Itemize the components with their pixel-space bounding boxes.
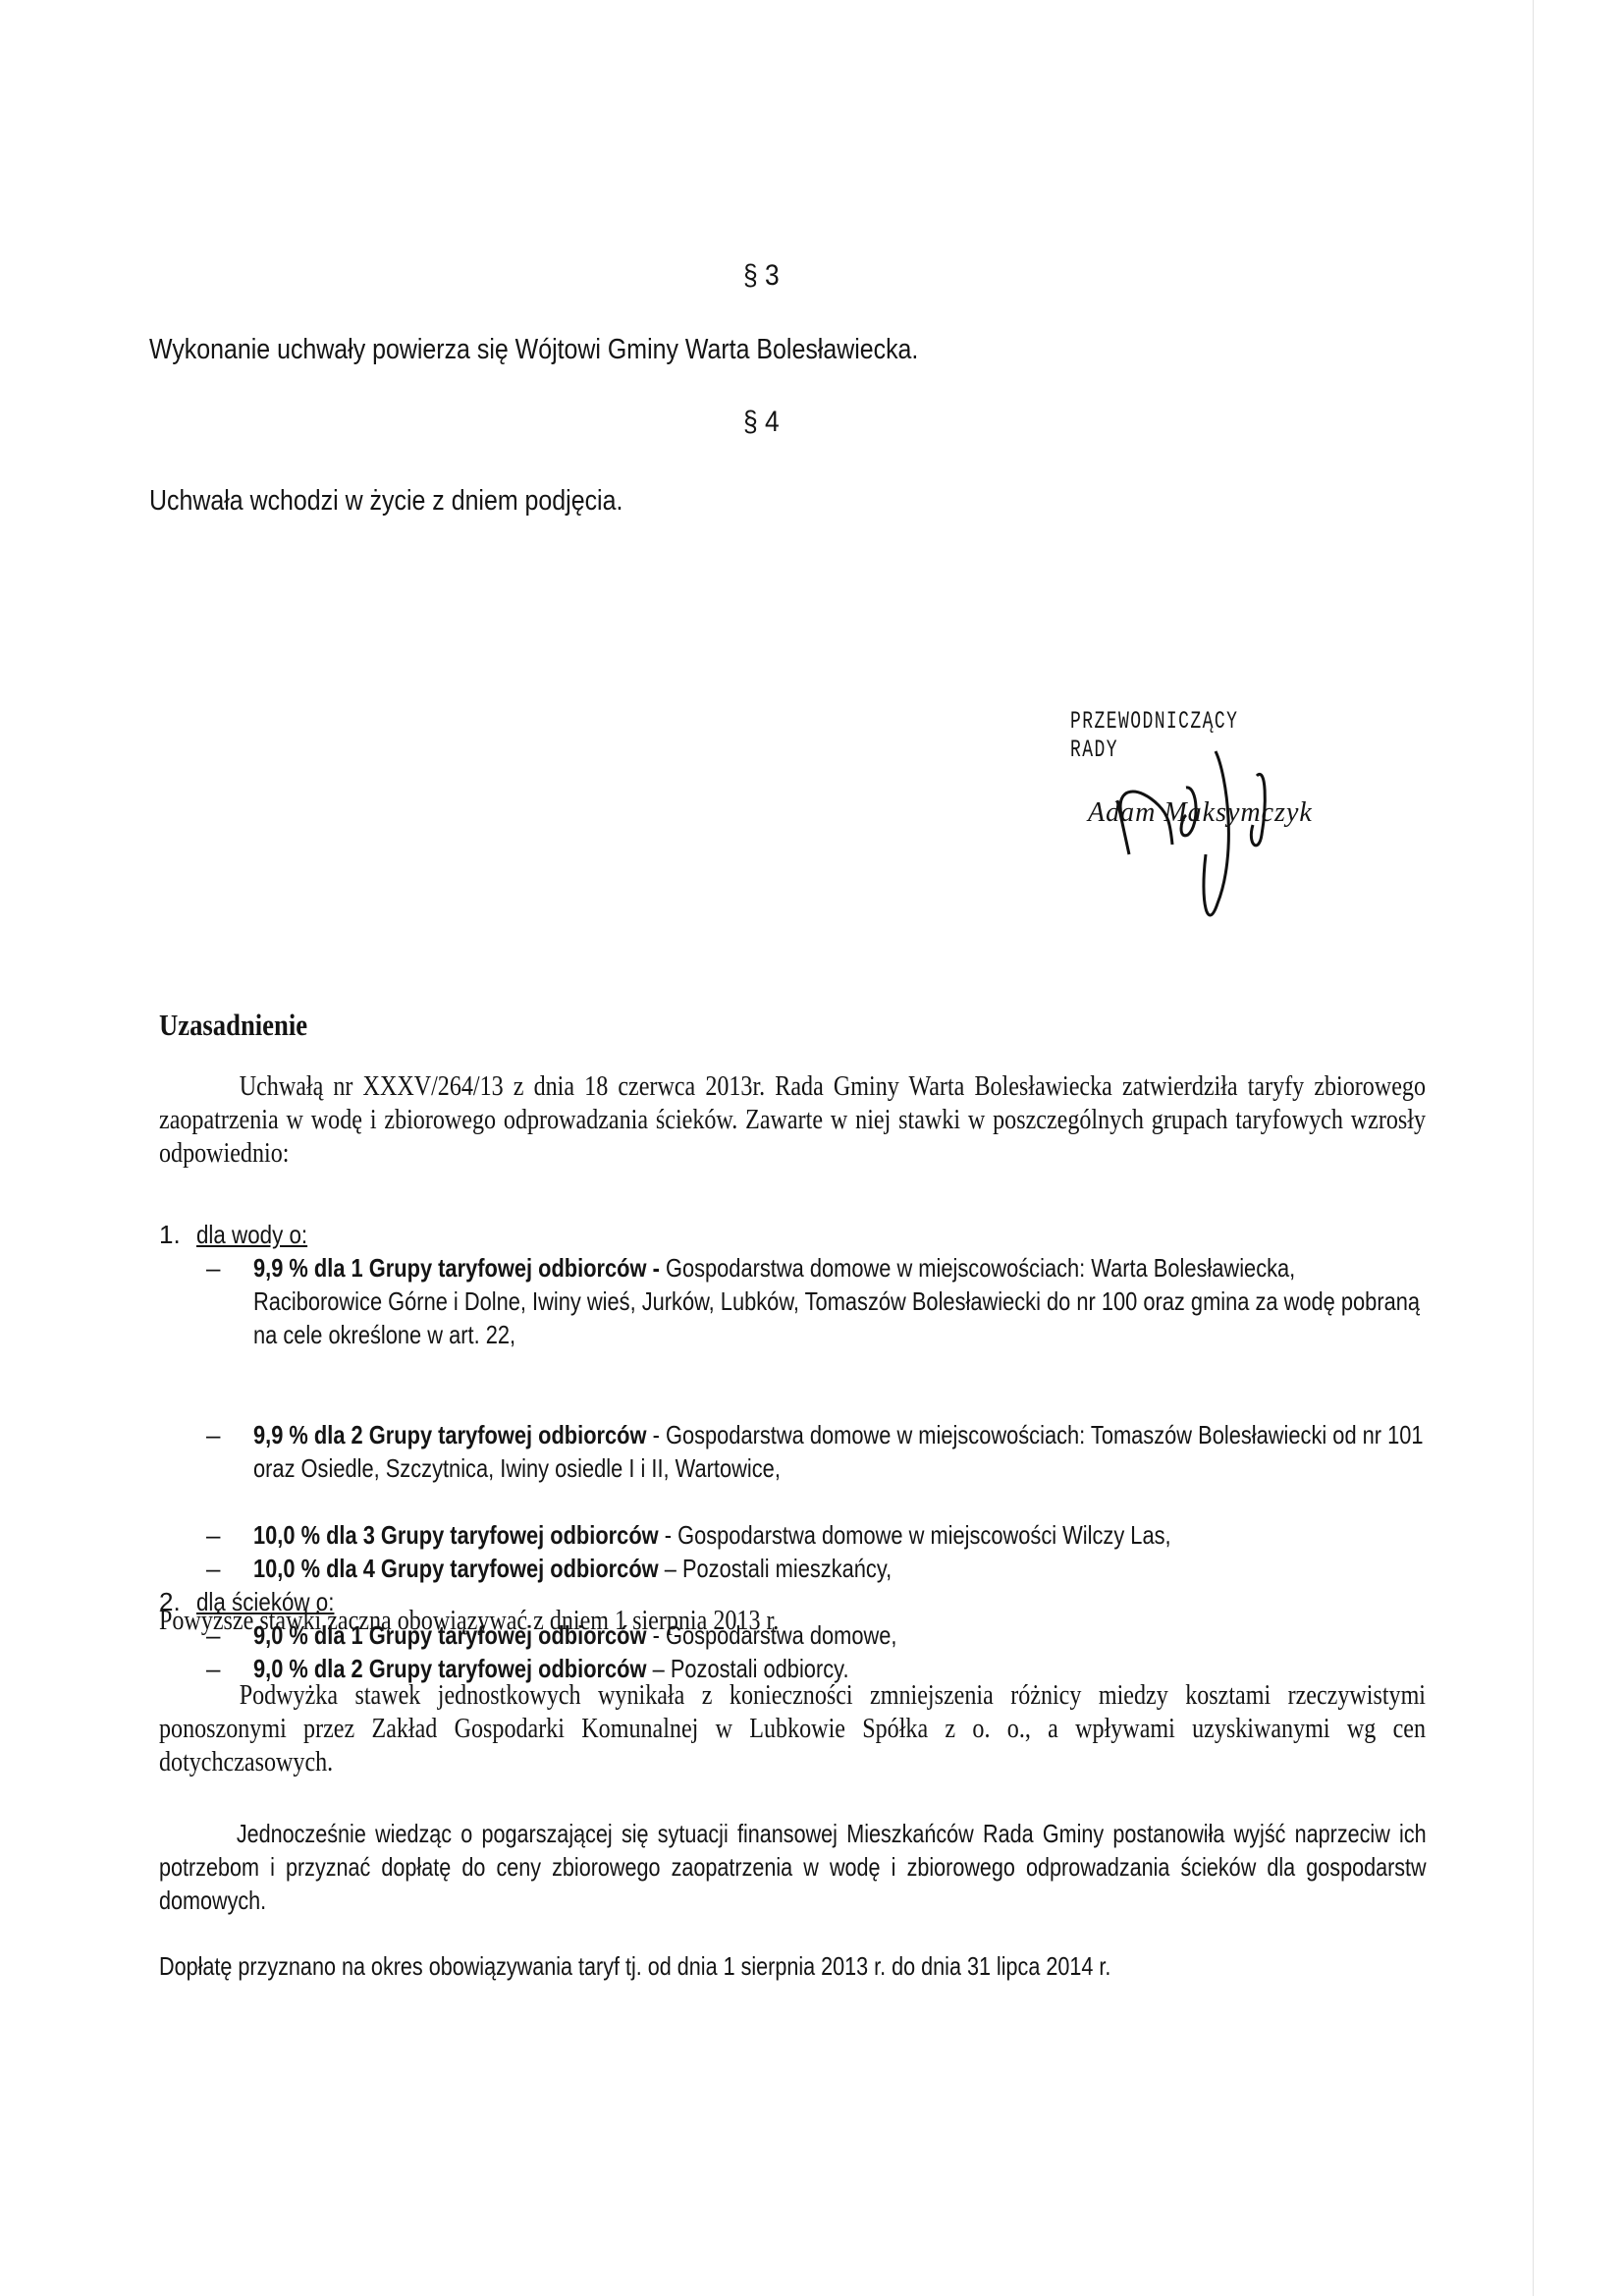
list-item: – 10,0 % dla 4 Grupy taryfowej odbiorców… (159, 1552, 1426, 1585)
list-dash: – (206, 1518, 220, 1552)
list-item: – 9,9 % dla 2 Grupy taryfowej odbiorców … (159, 1418, 1426, 1485)
list-item: – 9,9 % dla 1 Grupy taryfowej odbiorców … (159, 1251, 1426, 1351)
document-page: § 3 Wykonanie uchwały powierza się Wójto… (0, 0, 1623, 2296)
section-4-text: Uchwała wchodzi w życie z dniem podjęcia… (149, 485, 622, 518)
scan-edge-line (1533, 0, 1534, 2296)
group-title: dla wody o: (196, 1218, 307, 1251)
group-water-label: 1. dla wody o: (159, 1218, 1426, 1251)
section-3-text: Wykonanie uchwały powierza się Wójtowi G… (149, 334, 918, 366)
increase-reason: Podwyżka stawek jednostkowych wynikała z… (159, 1679, 1426, 1779)
list-item: – 10,0 % dla 3 Grupy taryfowej odbiorców… (159, 1518, 1426, 1552)
list-dash: – (206, 1418, 220, 1451)
signature-stamp: PRZEWODNICZĄCY RADY Adam Maksymczyk (1070, 707, 1335, 933)
effective-date: Powyższe stawki zaczną obowiązywać z dni… (159, 1605, 1426, 1638)
list-dash: – (206, 1251, 220, 1285)
subsidy-period: Dopłatę przyznano na okres obowiązywania… (159, 1949, 1426, 1983)
section-sign-3: § 3 (743, 259, 780, 293)
handwritten-signature-icon (1070, 707, 1335, 933)
justification-intro: Uchwałą nr XXXV/264/13 z dnia 18 czerwca… (159, 1070, 1426, 1171)
intro-text: Uchwałą nr XXXV/264/13 z dnia 18 czerwca… (159, 1071, 1426, 1169)
justification-heading: Uzasadnienie (159, 1008, 307, 1043)
list-dash: – (206, 1552, 220, 1585)
subsidy-paragraph: Jednocześnie wiedząc o pogarszającej się… (159, 1817, 1426, 1917)
section-sign-4: § 4 (743, 406, 780, 439)
group-number: 1. (159, 1218, 181, 1251)
